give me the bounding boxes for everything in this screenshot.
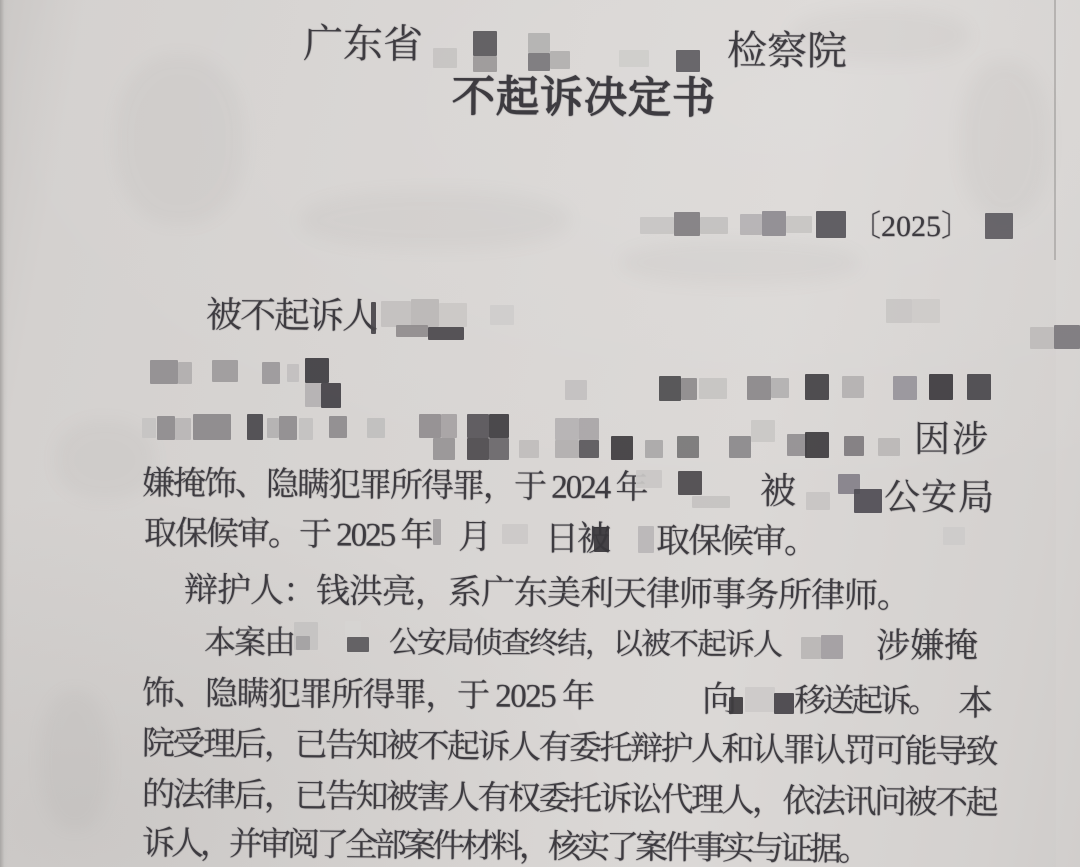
redaction-block — [299, 418, 313, 440]
redaction-block — [729, 697, 743, 714]
redaction-block — [419, 414, 441, 438]
redaction-block — [844, 436, 864, 456]
redaction-block — [305, 358, 329, 383]
redaction-block — [467, 414, 489, 438]
redaction-block — [985, 213, 1013, 239]
redaction-block — [579, 418, 599, 440]
redaction-block — [519, 440, 539, 458]
redaction-block — [943, 527, 965, 545]
redaction-block — [296, 636, 310, 650]
redaction-block — [367, 418, 385, 438]
redaction-block — [640, 217, 674, 234]
redaction-block — [678, 471, 702, 495]
redaction-block — [699, 378, 727, 399]
redaction-block — [729, 436, 751, 458]
redaction-block — [247, 414, 263, 440]
redaction-block — [611, 436, 633, 460]
redaction-block — [441, 414, 457, 438]
redaction-block — [490, 305, 514, 325]
redaction-block — [929, 374, 953, 400]
redaction-block — [747, 376, 771, 400]
redaction-block — [619, 50, 649, 67]
redaction-block — [805, 432, 829, 458]
redaction-block — [528, 53, 550, 71]
redaction-block — [175, 418, 191, 440]
redaction-block — [411, 299, 439, 327]
redaction-block — [692, 496, 730, 508]
redaction-block — [771, 378, 789, 398]
redaction-block — [762, 211, 786, 236]
redaction-block — [142, 418, 156, 438]
redaction-block — [267, 418, 279, 438]
redaction-block — [433, 438, 455, 460]
redaction-block — [740, 214, 762, 235]
redaction-block — [502, 524, 528, 544]
redaction-block — [854, 489, 882, 513]
redaction-block — [645, 440, 663, 458]
redaction-block — [594, 527, 609, 552]
redaction-block — [396, 325, 428, 337]
redaction-block — [347, 637, 369, 652]
redaction-block — [774, 693, 794, 714]
redaction-block — [676, 50, 700, 72]
redaction-block — [178, 362, 192, 384]
redaction-layer — [0, 0, 1080, 867]
redaction-block — [528, 33, 550, 53]
redaction-block — [555, 440, 579, 458]
redaction-block — [677, 436, 699, 458]
redaction-block — [371, 302, 376, 334]
redaction-block — [157, 416, 175, 440]
redaction-block — [345, 621, 361, 637]
redaction-block — [428, 327, 464, 340]
redaction-block — [816, 211, 846, 238]
redaction-block — [638, 526, 654, 553]
redaction-block — [893, 376, 917, 400]
redaction-block — [842, 376, 864, 398]
redaction-block — [805, 374, 829, 400]
redaction-block — [473, 56, 497, 72]
redaction-block — [806, 492, 830, 510]
redaction-block — [489, 414, 509, 438]
redaction-block — [751, 420, 775, 442]
redaction-block — [555, 418, 579, 440]
redaction-block — [193, 414, 231, 440]
redaction-block — [700, 217, 728, 234]
redaction-block — [878, 438, 900, 456]
redaction-block — [439, 303, 467, 327]
redaction-block — [565, 380, 587, 400]
redaction-block — [321, 383, 341, 408]
redaction-block — [287, 364, 299, 382]
redaction-block — [433, 519, 441, 545]
redaction-block — [212, 360, 238, 382]
redaction-block — [279, 416, 297, 440]
redaction-block — [636, 470, 662, 488]
redaction-block — [1054, 325, 1080, 349]
redaction-block — [745, 687, 775, 712]
redaction-block — [329, 416, 347, 438]
redaction-block — [912, 299, 940, 323]
redaction-block — [886, 299, 912, 323]
redaction-block — [674, 212, 700, 236]
redaction-block — [579, 440, 599, 458]
redaction-block — [467, 438, 489, 460]
redaction-block — [433, 48, 457, 68]
redaction-block — [801, 637, 821, 659]
redaction-block — [489, 438, 509, 460]
redaction-block — [787, 434, 807, 456]
redaction-block — [1030, 327, 1054, 349]
redaction-block — [473, 31, 497, 56]
redaction-block — [659, 376, 681, 401]
redaction-block — [262, 362, 280, 384]
redaction-block — [967, 374, 991, 400]
redaction-block — [821, 635, 843, 659]
redaction-block — [305, 383, 321, 407]
redaction-block — [381, 301, 411, 327]
redaction-block — [681, 378, 697, 400]
document-photo: 广东省 检察院 不起诉决定书 〔2025〕 被不起诉人 因涉 嫌掩饰、隐瞒犯罪所… — [0, 0, 1080, 867]
redaction-block — [786, 216, 812, 233]
redaction-block — [150, 360, 178, 384]
redaction-block — [550, 51, 570, 69]
